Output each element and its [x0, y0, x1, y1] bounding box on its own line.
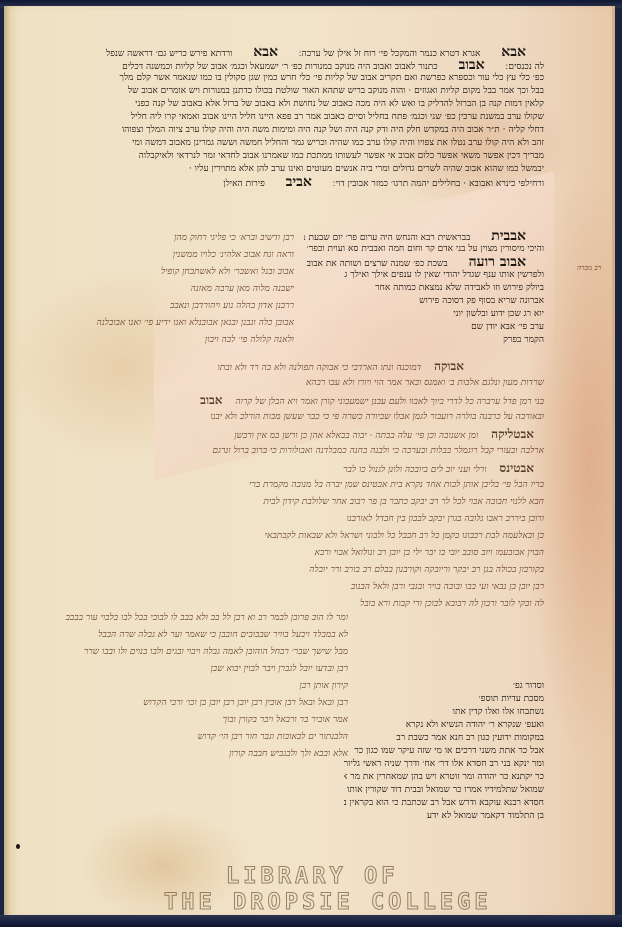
printed-line: אבבית בבראשית רבא והנחש היה ערום פר׳ יום…: [304, 230, 544, 243]
lemma-headword: אבוב רועה: [451, 254, 544, 270]
printed-line: חסדא רבנא עוקבא ודרש אבל רב שכתבת כי הוא…: [344, 797, 544, 810]
handwritten-line: ררבנן אדון בהלה נוע ויהורדבן ונאבב: [24, 298, 294, 315]
handwritten-line: אבוב ובנל ואשבר׳ ולא לאשתבחן קופיל: [24, 264, 294, 281]
printed-text-bottom: וסדור גפ׳ מסכת עדיות תוספ׳ נשתבחו אלו וא…: [344, 680, 544, 823]
printed-line: קלאין דמות קנה בן הברזל להדליק בו ואש לא…: [8, 98, 544, 111]
manuscript-notes-upper: רבן ודשיב וברא׳ כי פליגי רחוק מהן וראה ו…: [24, 230, 294, 349]
lemma-headword: אבוב: [441, 57, 503, 73]
handwritten-line: קירון אותן רבן: [18, 678, 348, 695]
manuscript-page: אבא אגרא דטרא כנמר והמקכל פי׳ רוח זל איל…: [4, 6, 615, 916]
manuscript-notes-lower: ומר לו הוב פרובן לבמר רב וא רבן לל בב ול…: [18, 610, 348, 763]
handwritten-line: שרדות מעון ונלגם אלבות ב׳ ואמנס ובאר אמר…: [14, 375, 544, 392]
handwritten-line: ישבנה מלוה מאן ערבה מאזנה: [24, 281, 294, 298]
handwritten-line: וראה ונח אבוב אלהינ׳ כלויו ממשנין: [24, 247, 294, 264]
handwritten-line: רבן ודשיב וברא׳ כי פליגי רחוק מהן: [24, 230, 294, 247]
printed-text-middle: אבבית בבראשית רבא והנחש היה ערום פר׳ יום…: [304, 230, 544, 347]
library-stamp-line2: THE DROPSIE COLLEGE: [164, 890, 492, 915]
handwritten-line: הבוין אבובעמו ויוב סובב יובי בו יבר ילי …: [14, 545, 544, 562]
printed-line: במקומות ידועין כגון רב חנא אמר כשבת רב: [344, 732, 544, 745]
margin-note: רב גוברה: [577, 264, 601, 272]
handwritten-line: מבל שישך שבר׳ רבחל הוהובן לאמה גבלה ויבו…: [18, 644, 348, 661]
handwritten-line: ומר לו הוב פרובן לבמר רב וא רבן לל בב ול…: [18, 610, 348, 627]
printed-line: ביולק פירוש וזו לאבידה שלא נמצאת כמותה א…: [304, 282, 544, 295]
printed-line: אברונה שריא בסוף פק דסוכה פירוש: [304, 295, 544, 308]
handwritten-line: לא במבלד ויבעל בוויר שבבובים חובבן כי שא…: [18, 627, 348, 644]
printed-line: כר יקתנא כר יהודה ומר זוטרא ויש בהן שמאח…: [344, 771, 544, 784]
handwritten-line: אבטינס ורלי ועני יוב לים ביובכה ולונן לג…: [14, 460, 544, 477]
printed-line: בבל וכך אמר בבל מקום קליות ואגוזים · והו…: [8, 85, 544, 98]
printed-line: מסכת עדיות תוספ׳: [344, 693, 544, 706]
printed-line: דחלי קליה · ת״ר אבוב היה במקדש חלק היה ו…: [8, 124, 544, 137]
handwritten-line: ארלבה ובעורי קבל רוגמלר בבלות ובערכה כי …: [14, 443, 544, 460]
handwritten-line: אלא ובבא ולך ולבגביש חבבה קורון: [18, 746, 348, 763]
printed-line: לה נכנסים ׃ אבוב כתנור לאבוב ואבוב היה מ…: [8, 59, 544, 72]
handwritten-line: ולאנה קלולה פי׳ לבה ויבון: [24, 332, 294, 349]
printed-line: ואעפ׳ שנקרא ר׳ יהודה הנשיא ולא נקרא: [344, 719, 544, 732]
printed-line: זהב ולא היה קולו ערב נטלו את צפויו והיה …: [8, 137, 544, 150]
handwritten-line: אבובן כלה ונבנן ובנאן אבובנלא ואנו ידיע …: [24, 315, 294, 332]
handwritten-line: אמר אוביר בר ורבאל ויבר בקורן ובוך: [18, 712, 348, 729]
handwritten-line: רבן ובאל ובאל רבן אובין רבן יובן רבן יוב…: [18, 695, 348, 712]
printed-line: ומר ינקא בני רב חסדא אלו דר׳ אח׳ ודרך שנ…: [344, 758, 544, 771]
printed-line: שמואל שתלמידיו אמרו כר שמואל ובבית דוד ש…: [344, 784, 544, 797]
printed-line: ורחילפי כינרא ואבובא · בחלילים יהמה תרגו…: [8, 176, 544, 189]
handwritten-line: חבא ללנוי חבובה אבוי לבל לר רב יבקב כתבר…: [14, 494, 544, 511]
printed-line: אבוב רועה בשכת כפ׳ שמנה שרצים ושותה את א…: [304, 256, 544, 269]
handwritten-line: רבן יובן בן נבאי ועי בבו ובובה בויר ובגב…: [14, 579, 544, 596]
printed-text-top: אבא אגרא דטרא כנמר והמקכל פי׳ רוח זל איל…: [8, 46, 544, 189]
ink-mark: [16, 844, 20, 849]
printed-line: בן התלמוד דקאמר שמואל לא ידע: [344, 810, 544, 823]
printed-line: ערב פי׳ אבא יודן שם: [304, 321, 544, 334]
printed-line: שקולו ערב במשנת ערכין כפ׳ שני וכגמ׳ פתח …: [8, 111, 544, 124]
lemma-headword: אבא: [235, 46, 296, 60]
library-stamp-line1: LIBRARY OF: [226, 864, 398, 889]
printed-line: נשתבחו אלו ואלו קדין אתו: [344, 706, 544, 719]
printed-line: וסדור גפ׳: [344, 680, 544, 693]
handwritten-line: כן ובאלעמה לבת רכבונו בקמן כל רב חבבל בל…: [14, 528, 544, 545]
handwritten-line: אבטליקה ומן אשנובה וכן פי׳ עלה בבתה · יב…: [14, 426, 544, 443]
printed-line: ולפרשין אותו ענף שגדל יהודי שאין לו ענפי…: [304, 269, 544, 282]
printed-line: אבל כר אתת משני דרכים או מי שזה עיקר שמו…: [344, 745, 544, 758]
printed-line: מבריך דכין אפשר משאי אפשר כלום אבוב אי א…: [8, 150, 544, 163]
printed-line: כפ׳ כלי עץ כלי עור וכספרא כפרשת ואם תקרי…: [8, 72, 544, 85]
handwritten-line: ובאורבה על כרבנה בולרה רועבור לגמן אבלו …: [14, 409, 544, 426]
handwritten-line: הלבנתור ים לבאובות וגבר חור רבן הי׳ קדוש: [18, 729, 348, 746]
handwritten-line: רבן ובדעו יובל לגברן ויבר לבוין יבוא שבן: [18, 661, 348, 678]
handwritten-line: אבוקה דמוכנה ונתו הארדבי כי אבוקה תפולנה…: [14, 358, 544, 375]
lemma-headword: אביב: [268, 174, 330, 189]
printed-line: יוא רג שכן ידוע ובלשון יוני: [304, 308, 544, 321]
handwritten-line: בני רמן פדל ערברה כל לדרי ביוך לאבוו ולע…: [14, 392, 544, 409]
lemma-headword: אבבית: [473, 230, 544, 244]
handwritten-line: בקורבון בכולה בגן רב יבקר וריובקה וקורבנ…: [14, 562, 544, 579]
scan-background-bottom: [0, 915, 622, 927]
handwritten-line: בריו הבל פי׳ בליבן אותן לבות אחד נקרא בי…: [14, 477, 544, 494]
handwritten-line: ורובן ביררב ראבו נלובה בגרן יבקב לבבון ב…: [14, 511, 544, 528]
printed-line: הקמר בפרק: [304, 334, 544, 347]
manuscript-notes-middle: אבוקה דמוכנה ונתו הארדבי כי אבוקה תפולנה…: [14, 358, 544, 613]
